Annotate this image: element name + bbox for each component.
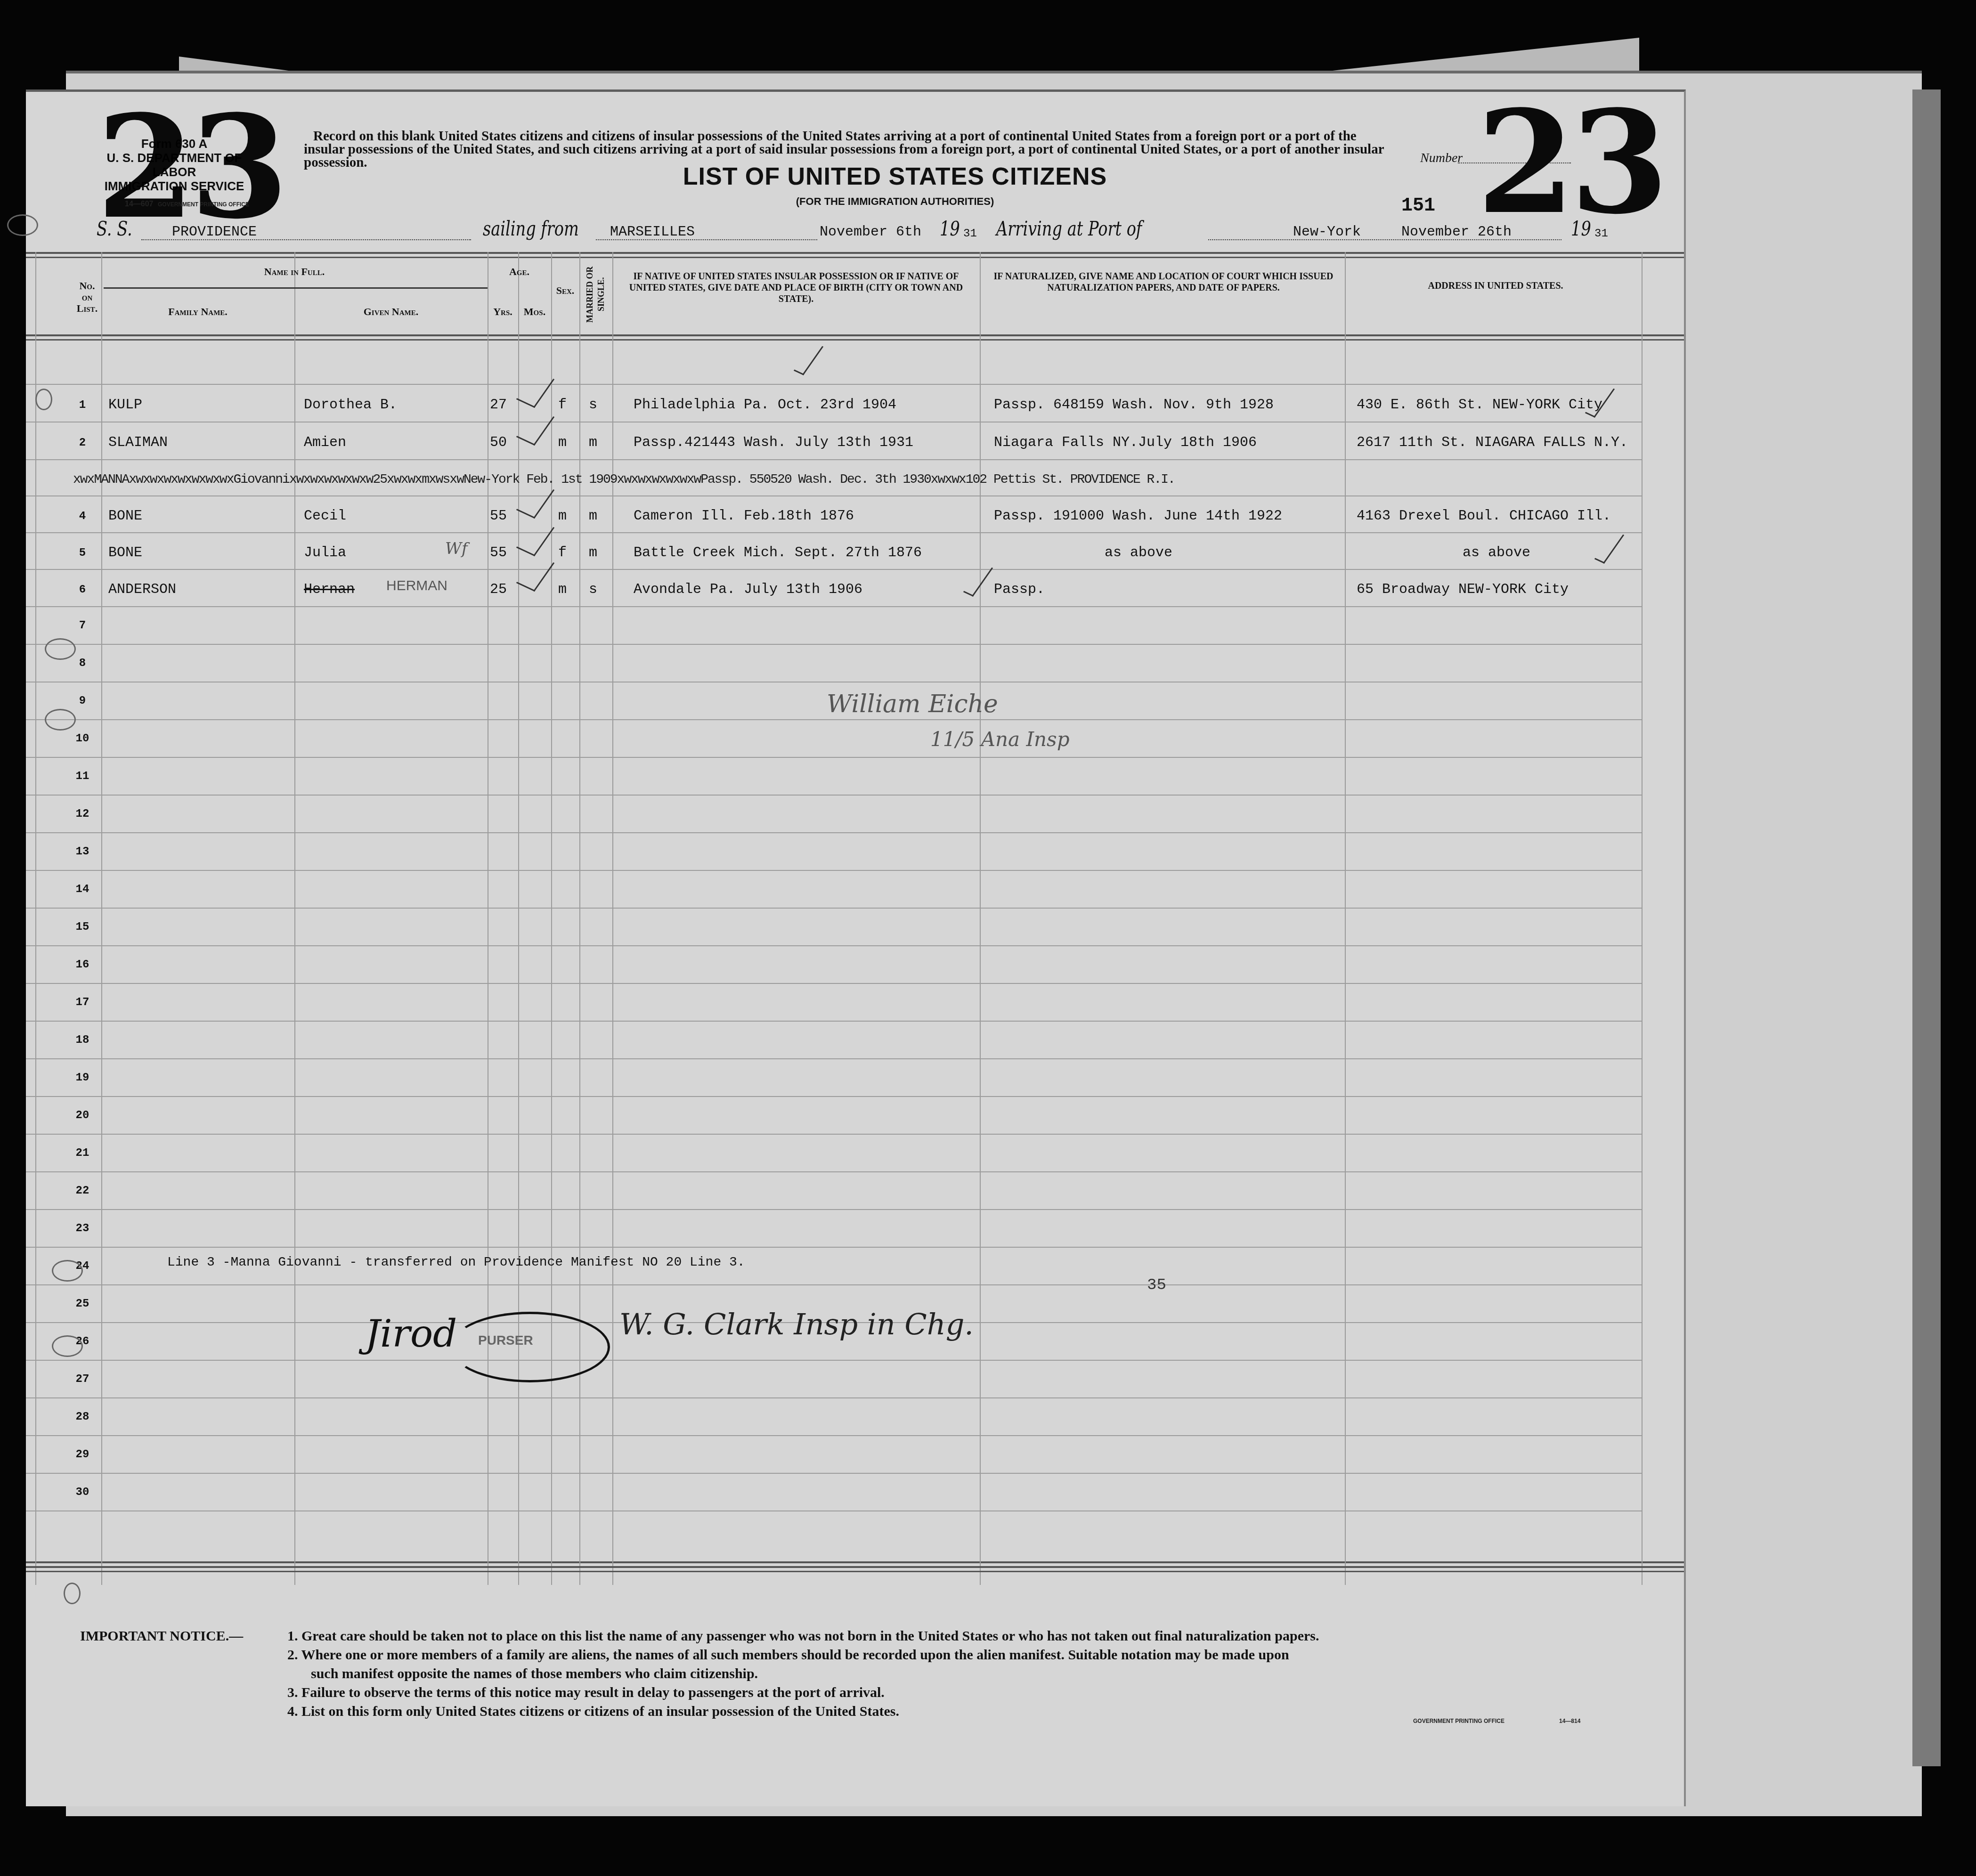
row-rule [26, 495, 1642, 496]
page-subtitle: (FOR THE IMMIGRATION AUTHORITIES) [624, 195, 1166, 208]
row-number: 27 [71, 1373, 94, 1386]
header-address: ADDRESS IN UNITED STATES. [1350, 280, 1642, 292]
punch-hole [52, 1260, 83, 1282]
row-number: 2 [71, 437, 94, 449]
row-number: 30 [71, 1486, 94, 1499]
row-rule [26, 1473, 1642, 1474]
header-naturalized: IF NATURALIZED, GIVE NAME AND LOCATION O… [987, 271, 1340, 293]
row-number: 28 [71, 1411, 94, 1423]
family-name: BONE [108, 508, 142, 524]
row-rule [26, 1360, 1642, 1361]
row-rule [26, 983, 1642, 984]
row-rule [26, 795, 1642, 796]
given-name: Cecil [304, 508, 346, 524]
row-rule [26, 1021, 1642, 1022]
given-name: Dorothea B. [304, 397, 397, 413]
header-family-name: Family Name. [101, 306, 294, 317]
row-number: 17 [71, 996, 94, 1009]
table-top-rule [26, 252, 1684, 258]
family-name: ANDERSON [108, 582, 176, 598]
header-no-on-list: No. on List. [73, 280, 101, 314]
col-divider [488, 252, 488, 1585]
row-rule [26, 945, 1642, 946]
departure-year: 31 [963, 227, 977, 240]
row-rule [26, 719, 1642, 720]
col-divider [35, 252, 36, 1585]
stamp-number-right: 23 [1477, 92, 1664, 233]
marital-status: m [589, 508, 597, 524]
printer-bottom: GOVERNMENT PRINTING OFFICE [1413, 1712, 1504, 1730]
printer-code-top: 14—607 [125, 200, 154, 209]
naturalization-info: Niagara Falls NY.July 18th 1906 [994, 435, 1257, 451]
age-years: 27 [490, 397, 507, 413]
row-number: 20 [71, 1109, 94, 1122]
number-label: Number [1420, 151, 1463, 166]
officer-signature: W. G. Clark Insp in Chg. [619, 1307, 974, 1341]
header-sex: Sex. [551, 285, 579, 296]
notice-item: such manifest opposite the names of thos… [311, 1665, 1700, 1683]
birth-info: Cameron Ill. Feb.18th 1876 [634, 508, 854, 524]
row-number: 8 [71, 657, 94, 670]
check-mark-icon [963, 563, 993, 596]
service-name: IMMIGRATION SERVICE [97, 179, 252, 193]
departure-port: MARSEILLES [610, 224, 695, 240]
row-rule [26, 1134, 1642, 1135]
purser-signature: Jirod [365, 1312, 457, 1356]
form-number: Form 630 A [97, 137, 252, 151]
punch-hole [35, 389, 52, 410]
row-number: 19 [71, 1072, 94, 1084]
row-number: 6 [71, 584, 94, 596]
col-divider [579, 252, 580, 1585]
col-divider [980, 252, 981, 1585]
arrival-year: 31 [1594, 227, 1608, 240]
manifest-page: 23 Form 630 A U. S. DEPARTMENT OF LABOR … [26, 89, 1686, 1806]
row-rule [26, 870, 1642, 871]
department-name: U. S. DEPARTMENT OF LABOR [97, 151, 252, 179]
col-divider [518, 252, 519, 1585]
row-number: 15 [71, 921, 94, 934]
form-identifier: Form 630 A U. S. DEPARTMENT OF LABOR IMM… [97, 137, 252, 193]
age-years: 55 [490, 508, 507, 524]
us-address: 65 Broadway NEW-YORK City [1357, 582, 1569, 598]
row-rule [26, 1096, 1642, 1097]
header-name-in-full: Name in Full. [101, 266, 488, 277]
row-number: 1 [71, 399, 94, 412]
family-name: BONE [108, 545, 142, 561]
row-rule [26, 384, 1642, 385]
row-rule [26, 1171, 1642, 1172]
row-rule [26, 757, 1642, 758]
header-bottom-rule [26, 334, 1684, 341]
punch-hole [64, 1583, 81, 1604]
col-divider [551, 252, 552, 1585]
transfer-note: Line 3 -Manna Giovanni - transferred on … [167, 1255, 745, 1270]
row-number: 29 [71, 1448, 94, 1461]
given-name: Hernan [304, 582, 355, 598]
inspector-initials: 11/5 Ana Insp [930, 728, 1070, 751]
departure-date: November 6th [820, 224, 921, 240]
row-rule [26, 1209, 1642, 1210]
punch-hole [7, 214, 38, 236]
name-header-rule [104, 287, 488, 289]
row-number: 12 [71, 808, 94, 820]
us-address: 430 E. 86th St. NEW-YORK City [1357, 397, 1602, 413]
age-years: 50 [490, 435, 507, 451]
row-number: 14 [71, 883, 94, 896]
family-name: KULP [108, 397, 142, 413]
passenger-table: No. on List. Name in Full. Family Name. … [26, 252, 1684, 1585]
row-number: 13 [71, 845, 94, 858]
col-divider [612, 252, 613, 1585]
notice-separator-rule [26, 1566, 1684, 1572]
us-address: 4163 Drexel Boul. CHICAGO Ill. [1357, 508, 1611, 524]
col-divider [101, 252, 102, 1585]
row-rule [26, 682, 1642, 682]
row-rule [26, 1247, 1642, 1248]
row-number: 16 [71, 958, 94, 971]
printer-code-bottom: 14—814 [1559, 1712, 1580, 1730]
sex: f [558, 545, 567, 561]
header-mos: Mos. [518, 306, 551, 317]
naturalization-info: Passp. [994, 582, 1045, 598]
us-address: as above [1463, 545, 1530, 561]
birth-info: Passp.421443 Wash. July 13th 1931 [634, 435, 913, 451]
page-number: 151 [1401, 195, 1435, 217]
marital-status: s [589, 397, 597, 413]
notice-lead: IMPORTANT NOTICE.— [80, 1627, 243, 1645]
naturalization-info: Passp. 191000 Wash. June 14th 1922 [994, 508, 1282, 524]
purser-stamp-text: PURSER [478, 1333, 533, 1348]
page-edges [1912, 89, 1941, 1766]
year-prefix-2: 19 [1571, 217, 1591, 240]
row-rule [26, 422, 1642, 422]
row-rule [26, 832, 1642, 833]
row-number: 7 [71, 619, 94, 632]
header-yrs: Yrs. [488, 306, 518, 317]
sex: m [558, 508, 567, 524]
row-rule [26, 532, 1642, 533]
row-number: 11 [71, 770, 94, 783]
inspector-signature: William Eiche [827, 690, 998, 718]
marital-status: m [589, 545, 597, 561]
row-number: 25 [71, 1298, 94, 1310]
row-number: 5 [71, 547, 94, 560]
check-mark-icon [516, 519, 554, 556]
birth-info: Philadelphia Pa. Oct. 23rd 1904 [634, 397, 896, 413]
header-married-single: Married or Single. [584, 259, 607, 330]
row-rule [26, 1284, 1642, 1285]
family-name: SLAIMAN [108, 435, 168, 451]
check-mark-icon [516, 554, 554, 592]
arrival-port: New-York [1293, 224, 1361, 240]
row-number: 23 [71, 1222, 94, 1235]
us-address: 2617 11th St. NIAGARA FALLS N.Y. [1357, 435, 1628, 451]
struck-entry: xwxMANNAxwxwxwxwxwxwxwxGiovannixwxwxwxwx… [73, 472, 1642, 487]
row-number: 10 [71, 732, 94, 745]
naturalization-info: Passp. 648159 Wash. Nov. 9th 1928 [994, 397, 1274, 413]
given-name: Amien [304, 435, 346, 451]
age-years: 25 [490, 582, 507, 598]
given-name: Julia [304, 545, 346, 561]
notice-item: 2. Where one or more members of a family… [287, 1646, 1677, 1664]
check-mark-icon [1594, 530, 1624, 563]
col-divider [1345, 252, 1346, 1585]
header-given-name: Given Name. [294, 306, 488, 317]
row-rule [26, 644, 1642, 645]
row-rule [26, 1058, 1642, 1059]
marital-status: s [589, 582, 597, 598]
ss-label: S. S. [97, 217, 132, 240]
arriving-label: Arriving at Port of [996, 217, 1142, 240]
check-mark-icon [516, 408, 554, 446]
row-rule [26, 1511, 1642, 1511]
row-number: 22 [71, 1185, 94, 1197]
row-rule [26, 606, 1642, 607]
col-divider [294, 252, 295, 1585]
punch-hole [45, 638, 76, 660]
given-name-correction: HERMAN [386, 578, 447, 594]
sex: m [558, 582, 567, 598]
notice-item: 1. Great care should be taken not to pla… [287, 1627, 1677, 1645]
age-years: 55 [490, 545, 507, 561]
arrival-date: November 26th [1401, 224, 1512, 240]
notice-item: 3. Failure to observe the terms of this … [287, 1684, 1677, 1702]
voyage-line: S. S. PROVIDENCE sailing from MARSEILLES… [97, 217, 1651, 245]
printer-top: GOVERNMENT PRINTING OFFICE [158, 201, 249, 208]
punch-hole [52, 1335, 83, 1357]
page-title: LIST OF UNITED STATES CITIZENS [624, 162, 1166, 191]
row-number: 21 [71, 1147, 94, 1160]
row-number: 18 [71, 1034, 94, 1047]
row-number: 4 [71, 510, 94, 523]
check-mark-icon [794, 342, 823, 375]
row-rule [26, 569, 1642, 570]
sex: f [558, 397, 567, 413]
check-mark-icon [516, 371, 554, 408]
birth-info: Avondale Pa. July 13th 1906 [634, 582, 862, 598]
sailing-label: sailing from [483, 217, 579, 240]
year-prefix: 19 [940, 217, 960, 240]
marital-status: m [589, 435, 597, 451]
row-rule [26, 1435, 1642, 1436]
row-number: 9 [71, 695, 94, 707]
page-mark: 35 [1147, 1276, 1166, 1294]
row-rule [26, 459, 1642, 460]
row-rule [26, 1397, 1642, 1398]
margin-annotation: Wf [445, 539, 468, 558]
ship-name: PROVIDENCE [172, 224, 257, 240]
row-rule [26, 908, 1642, 909]
punch-hole [45, 709, 76, 731]
header-age: Age. [488, 266, 551, 277]
sex: m [558, 435, 567, 451]
header-birth: IF NATIVE OF UNITED STATES INSULAR POSSE… [619, 271, 973, 305]
naturalization-info: as above [1105, 545, 1172, 561]
birth-info: Battle Creek Mich. Sept. 27th 1876 [634, 545, 922, 561]
col-divider [1642, 252, 1643, 1585]
